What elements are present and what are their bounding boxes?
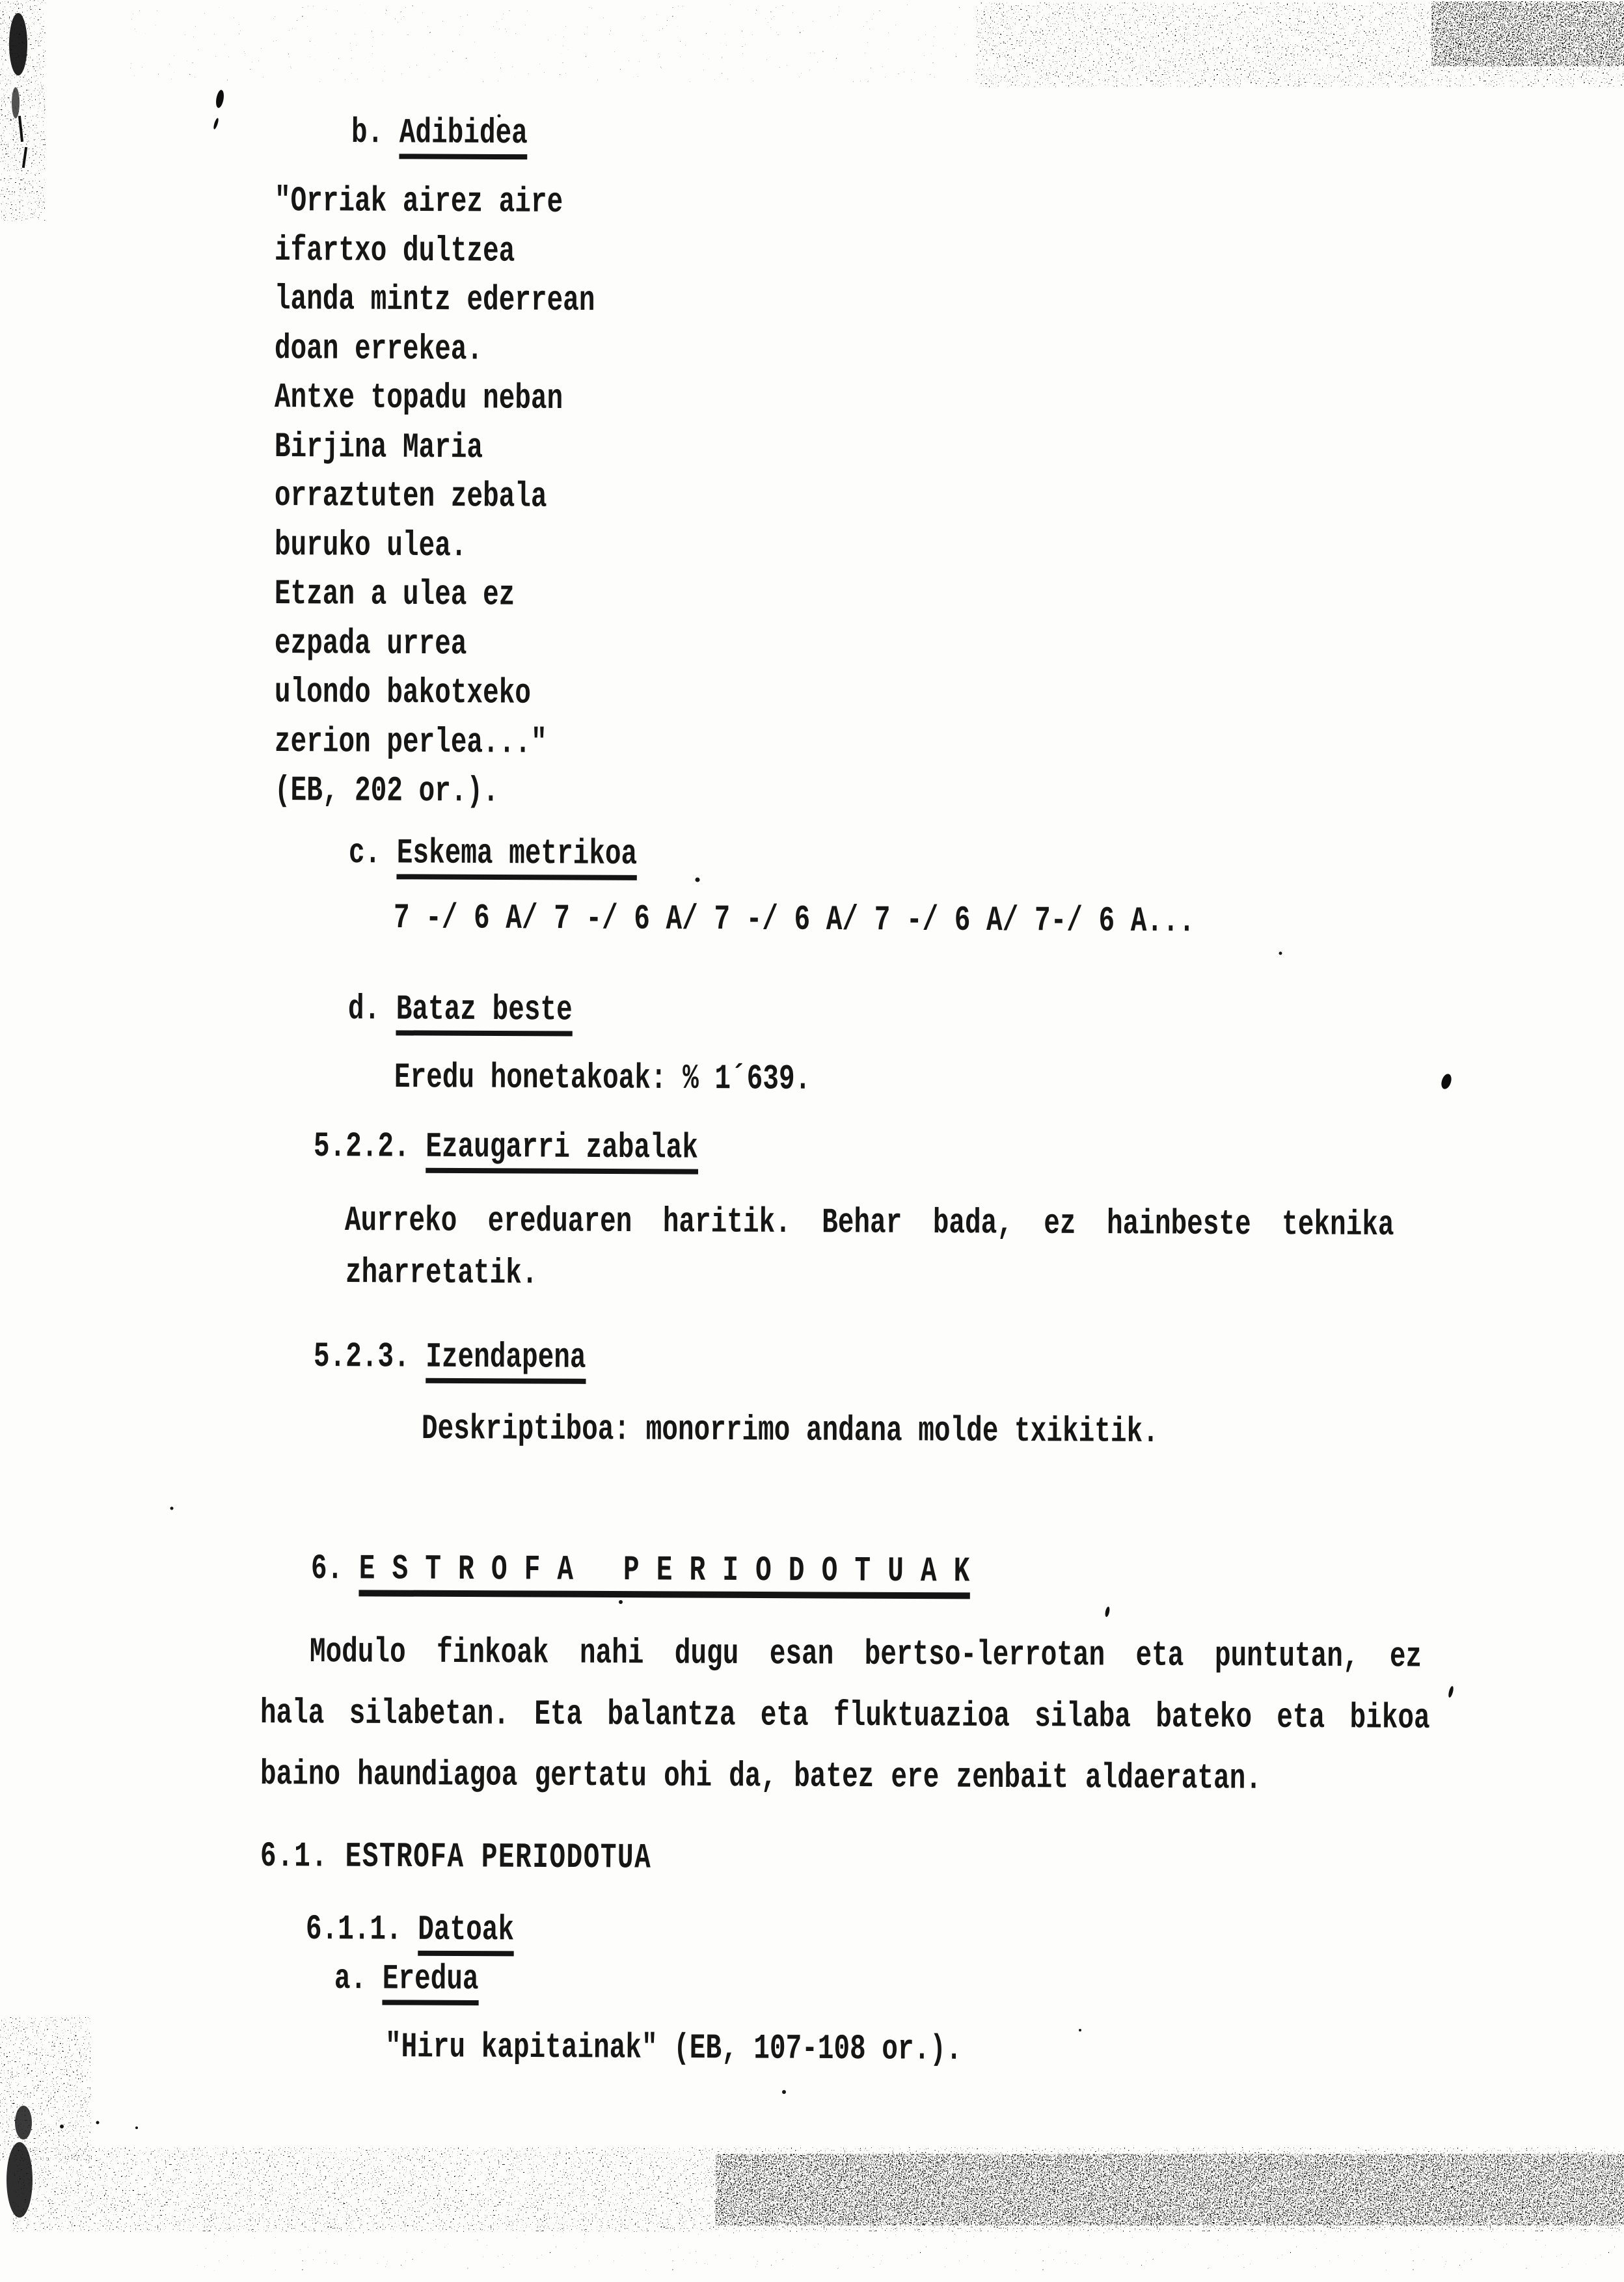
noise-top-right-band — [976, 3, 1624, 87]
poem-line: buruko ulea. — [275, 528, 467, 564]
scanned-document-page: b. Adibidea "Orriak airez aire ifartxo d… — [0, 0, 1624, 2282]
left-margin-mark — [18, 116, 23, 142]
section-61-number: 6.1. — [260, 1837, 345, 1877]
noise-bottom-sparse — [195, 2222, 1624, 2271]
section-a-heading: a. Eredua — [334, 1962, 479, 1998]
section-c-label: c. — [349, 834, 397, 873]
stray-dot — [782, 2090, 786, 2094]
section-523-heading: 5.2.3. Izendapena — [314, 1340, 586, 1376]
poem-citation: (EB, 202 or.). — [275, 774, 499, 810]
stray-apostrophe-mark — [215, 89, 225, 108]
section-61-title: ESTROFA PERIODOTUA — [345, 1838, 651, 1879]
poem-line: doan errekea. — [275, 332, 483, 368]
average-stat-line: Eredu honetakoak: % 1´639. — [394, 1061, 811, 1098]
smudge-bottom-left-2 — [15, 2106, 32, 2139]
noise-bottom-right-band — [716, 2154, 1624, 2225]
section-a-label: a. — [334, 1959, 383, 1999]
paragraph-line: baino haundiagoa gertatu ohi da, batez e… — [260, 1758, 1262, 1797]
description-line: Deskriptiboa: monorrimo andana molde txi… — [422, 1412, 1159, 1450]
section-b-title: Adibidea — [399, 113, 528, 159]
smudge-top-left-2 — [12, 87, 20, 118]
smudge-bottom-left — [7, 2142, 33, 2218]
section-6-title: E S T R O F A P E R I O D O T U A K — [359, 1549, 971, 1599]
stray-comma-mark — [1440, 1072, 1454, 1090]
section-b-heading: b. Adibidea — [351, 116, 528, 152]
stray-dot — [1079, 2029, 1081, 2031]
stray-dot — [619, 1600, 623, 1604]
paragraph-line: zharretatik. — [345, 1256, 538, 1292]
scan-noise-layer — [0, 0, 1624, 2282]
stray-tick — [1104, 1607, 1110, 1618]
section-a-title: Eredua — [383, 1959, 479, 2005]
noise-bottom-left — [0, 2017, 91, 2160]
section-6-heading: 6. E S T R O F A P E R I O D O T U A K — [311, 1552, 970, 1590]
stray-dot — [170, 1507, 174, 1510]
section-522-title: Ezaugarri zabalak — [426, 1128, 698, 1175]
poem-line: orraztuten zebala — [275, 479, 547, 515]
example-citation-line: "Hiru kapitainak" (EB, 107-108 or.). — [385, 2030, 962, 2068]
left-margin-mark-2 — [22, 147, 27, 168]
poem-line: ifartxo dultzea — [275, 234, 515, 270]
section-611-title: Datoak — [418, 1910, 514, 1957]
poem-line: Etzan a ulea ez — [275, 577, 515, 614]
stray-dot — [96, 2121, 100, 2125]
paragraph-line: Modulo finkoak nahi dugu esan bertso-ler… — [310, 1635, 1422, 1675]
noise-left-strip — [0, 0, 46, 221]
section-d-title: Bataz beste — [396, 990, 573, 1036]
section-c-title: Eskema metrikoa — [397, 834, 638, 880]
noise-top-right-corner — [1431, 1, 1624, 66]
section-611-number: 6.1.1. — [306, 1910, 418, 1950]
poem-line: "Orriak airez aire — [275, 184, 563, 221]
poem-line: Antxe topadu neban — [275, 381, 563, 417]
section-523-title: Izendapena — [426, 1338, 586, 1384]
section-d-label: d. — [348, 990, 396, 1029]
section-d-heading: d. Bataz beste — [348, 992, 573, 1029]
section-6-number: 6. — [311, 1549, 359, 1589]
poem-line: ezpada urrea — [275, 627, 467, 662]
section-b-label: b. — [351, 113, 399, 153]
poem-line: ulondo bakotxeko — [275, 675, 531, 712]
paragraph-line: Aurreko ereduaren haritik. Behar bada, e… — [345, 1204, 1394, 1243]
poem-line: landa mintz ederrean — [275, 282, 595, 319]
poem-line: zerion perlea..." — [275, 725, 547, 761]
poem-line: Birjina Maria — [275, 430, 483, 466]
section-522-heading: 5.2.2. Ezaugarri zabalak — [314, 1130, 698, 1167]
section-522-number: 5.2.2. — [314, 1127, 426, 1167]
stray-dot — [1279, 952, 1282, 955]
section-611-heading: 6.1.1. Datoak — [306, 1912, 514, 1948]
stray-apostrophe-tail — [213, 118, 219, 130]
section-c-heading: c. Eskema metrikoa — [349, 836, 638, 873]
section-523-number: 5.2.3. — [314, 1337, 426, 1378]
metric-scheme-line: 7 -/ 6 A/ 7 -/ 6 A/ 7 -/ 6 A/ 7 -/ 6 A/ … — [394, 901, 1195, 940]
stray-dot — [60, 2125, 64, 2128]
paragraph-line: hala silabetan. Eta balantza eta fluktua… — [260, 1696, 1430, 1737]
stray-dot — [696, 878, 700, 882]
stray-dot — [135, 2126, 138, 2129]
stray-tick — [1448, 1686, 1454, 1698]
noise-bottom-band — [13, 2147, 1624, 2232]
noise-top-band — [130, 4, 1106, 82]
smudge-top-left — [9, 13, 27, 75]
section-61-heading: 6.1. ESTROFA PERIODOTUA — [260, 1840, 652, 1877]
